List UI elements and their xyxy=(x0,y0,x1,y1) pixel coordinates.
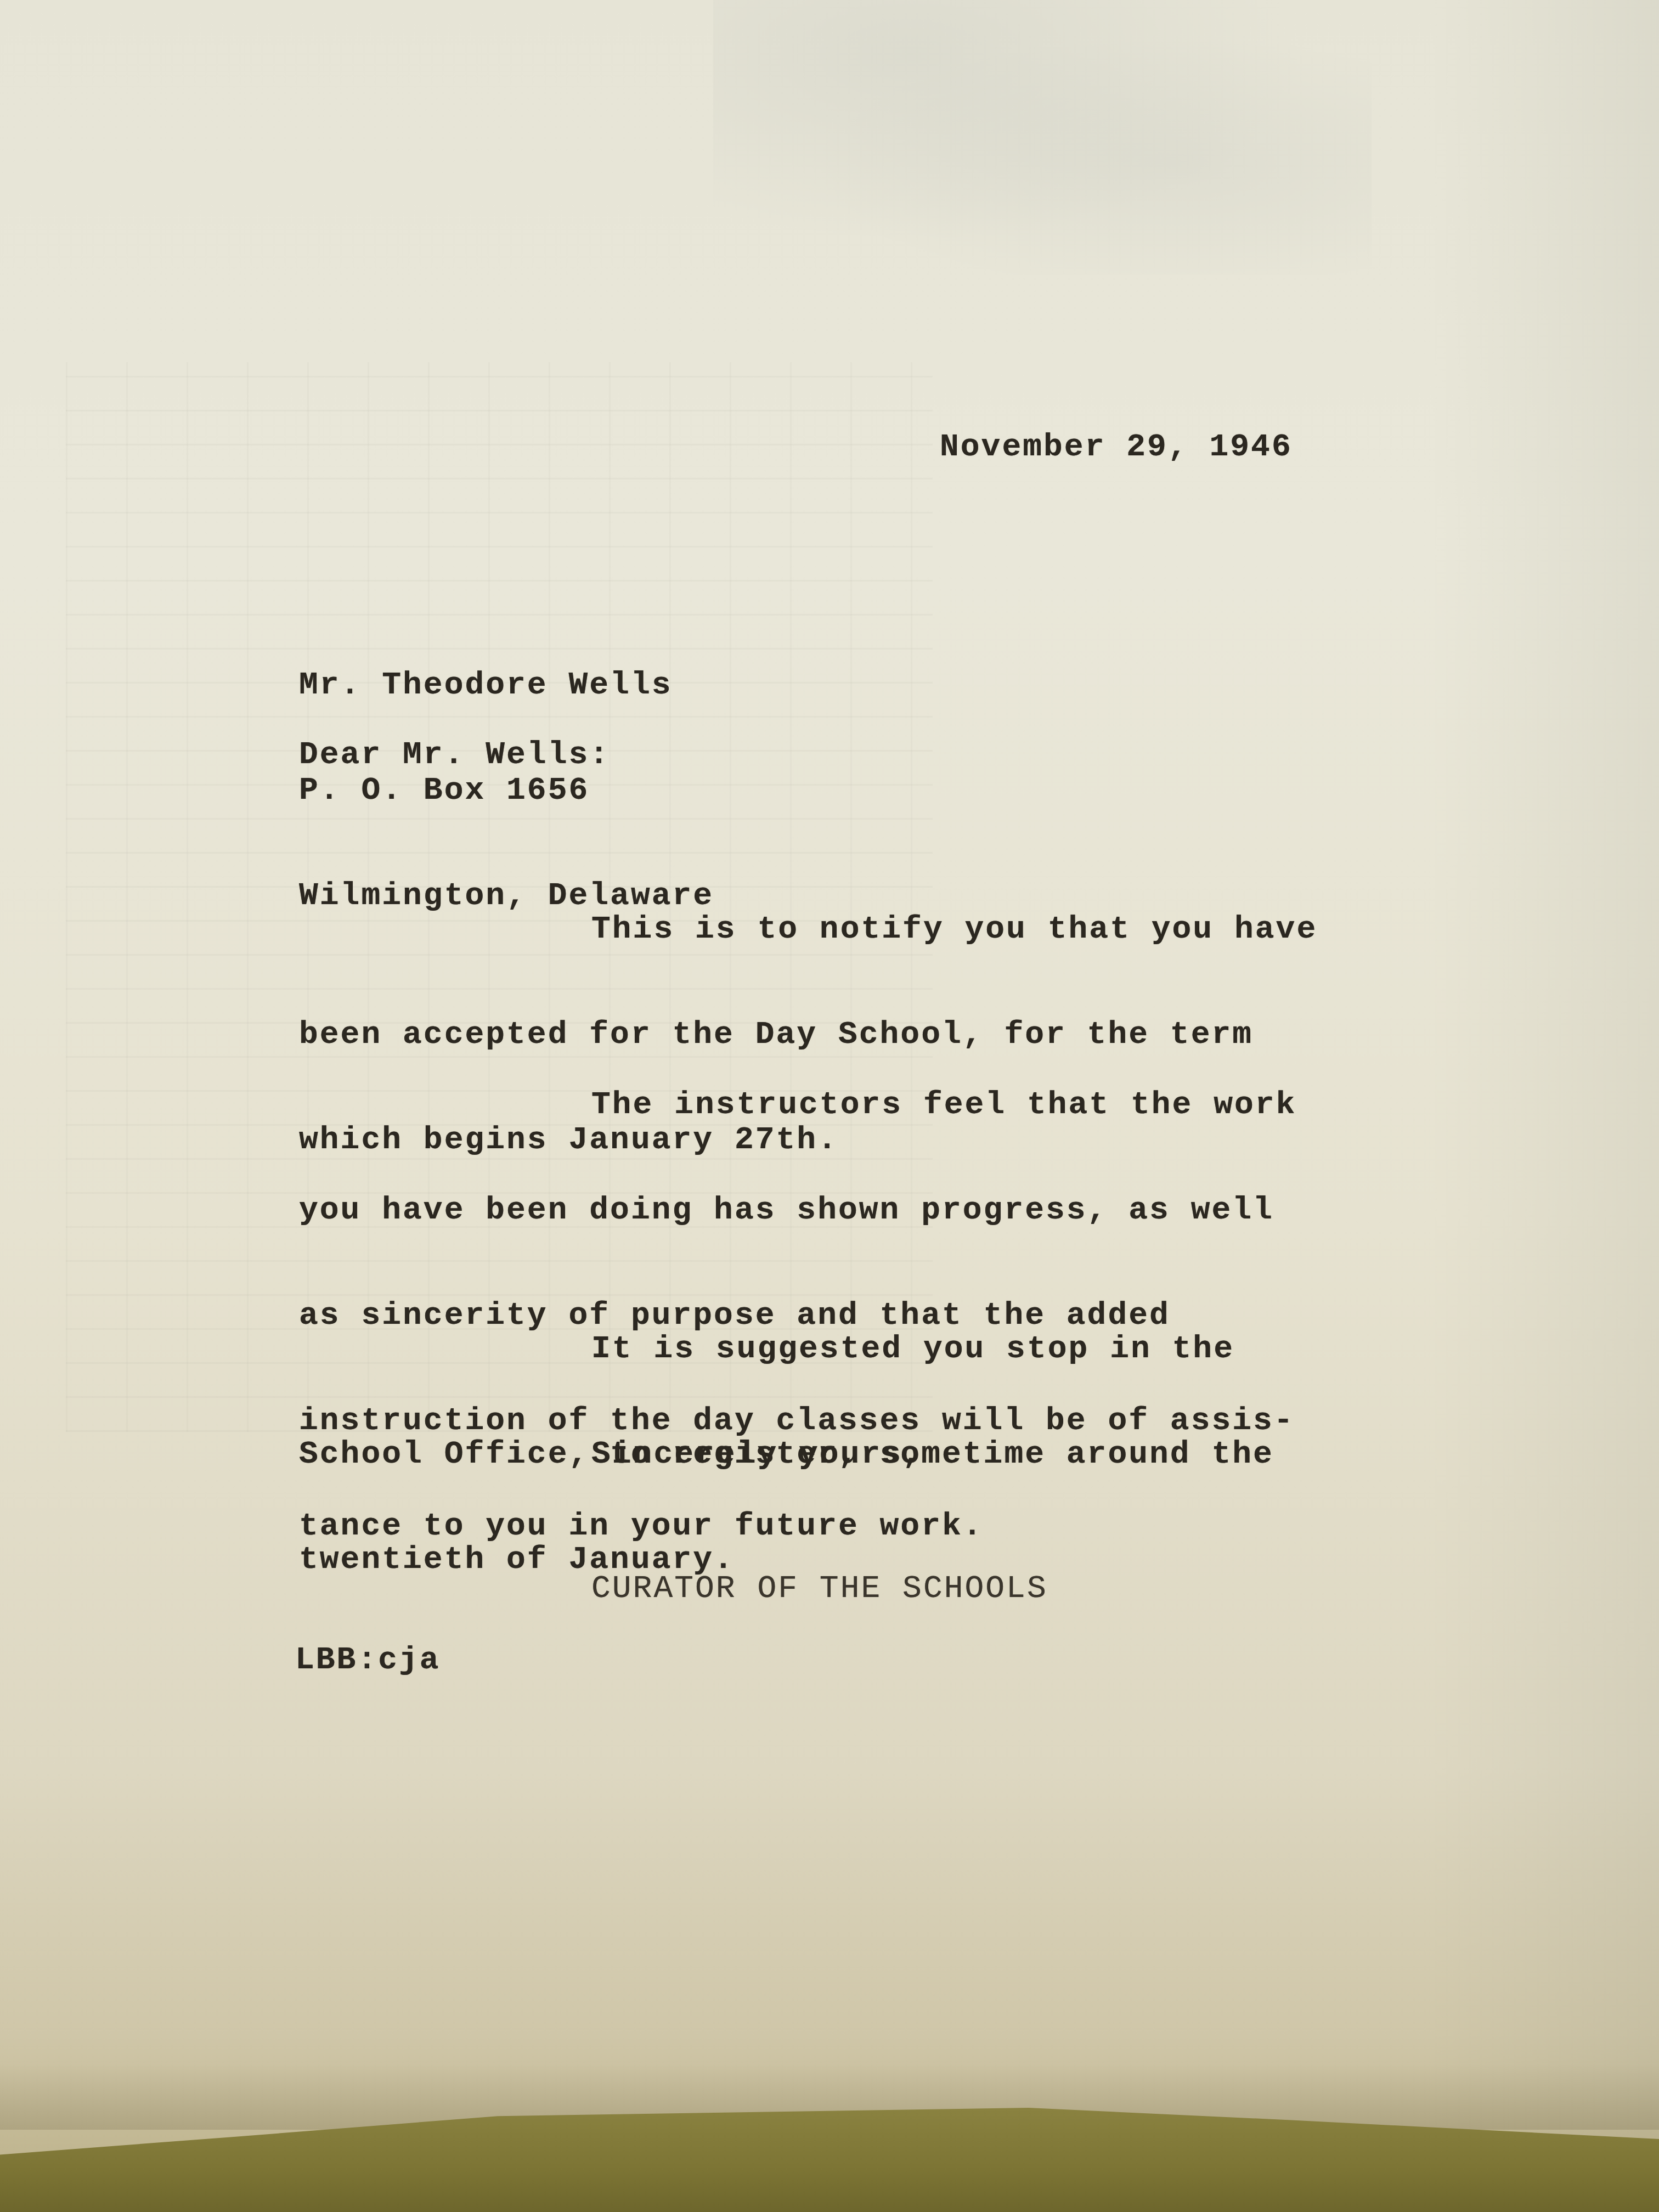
paragraph-line: you have been doing has shown progress, … xyxy=(299,1193,1296,1228)
paragraph-line: The instructors feel that the work xyxy=(299,1088,1296,1123)
closing: Sincerely yours, xyxy=(591,1437,923,1472)
typed-letter: November 29, 1946 Mr. Theodore Wells P. … xyxy=(0,0,1659,2212)
salutation: Dear Mr. Wells: xyxy=(299,738,610,773)
paragraph-line: It is suggested you stop in the xyxy=(299,1332,1274,1367)
recipient-name: Mr. Theodore Wells xyxy=(299,668,714,703)
letter-date: November 29, 1946 xyxy=(940,430,1293,465)
signature-title: CURATOR OF THE SCHOOLS xyxy=(591,1572,1048,1607)
paragraph-line: This is to notify you that you have xyxy=(299,912,1317,947)
recipient-address-line1: P. O. Box 1656 xyxy=(299,774,714,809)
reference-initials: LBB:cja xyxy=(295,1643,441,1678)
document-photo: November 29, 1946 Mr. Theodore Wells P. … xyxy=(0,0,1659,2212)
